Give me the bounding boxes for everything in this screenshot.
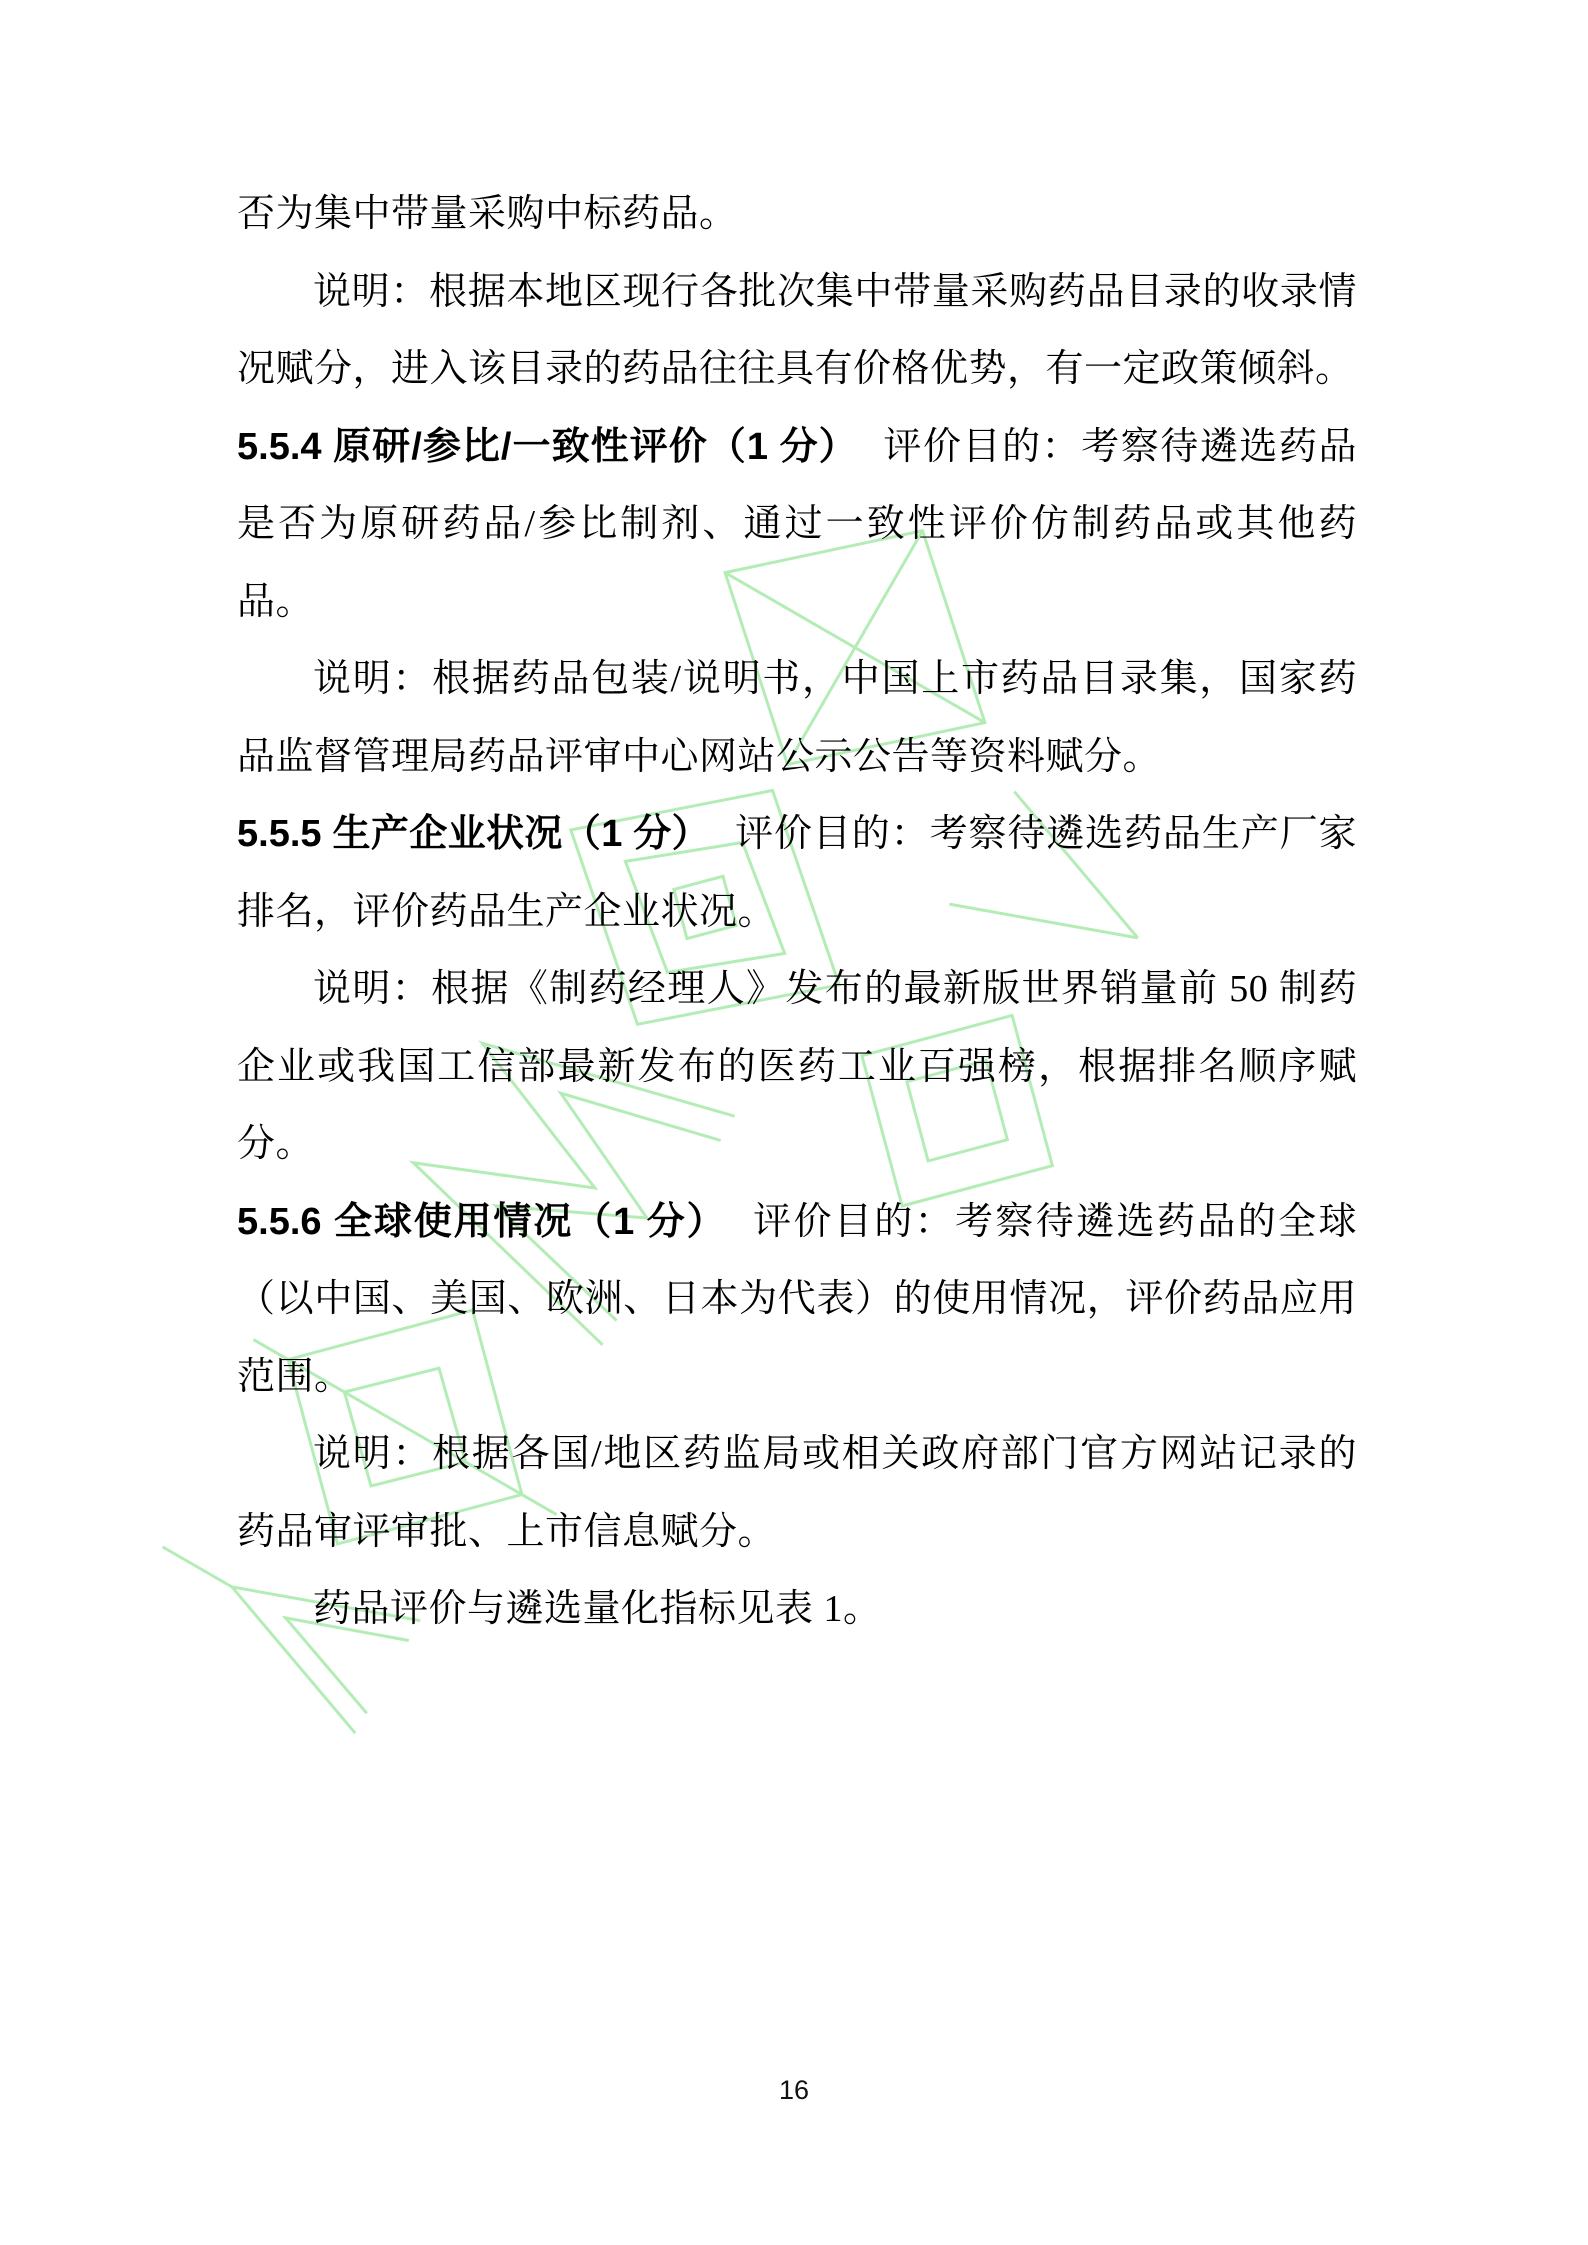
- document-page: 否为集中带量采购中标药品。 说明：根据本地区现行各批次集中带量采购药品目录的收录…: [0, 0, 1588, 2245]
- section-5-5-4-heading: 5.5.4 原研/参比/一致性评价（1 分）: [237, 426, 858, 468]
- section-5-5-6-paragraph: 5.5.6 全球使用情况（1 分）评价目的：考察待遴选药品的全球（以中国、美国、…: [237, 1184, 1357, 1417]
- section-5-5-6-heading: 5.5.6 全球使用情况（1 分）: [237, 1201, 727, 1243]
- document-body: 否为集中带量采购中标药品。 说明：根据本地区现行各批次集中带量采购药品目录的收录…: [237, 176, 1357, 1649]
- paragraph-note: 说明：根据各国/地区药监局或相关政府部门官方网站记录的药品审评审批、上市信息赋分…: [237, 1416, 1357, 1571]
- paragraph-continuation: 否为集中带量采购中标药品。: [237, 176, 1357, 254]
- page-number: 16: [0, 2075, 1588, 2106]
- section-5-5-5-heading: 5.5.5 生产企业状况（1 分）: [237, 813, 710, 855]
- section-5-5-5-paragraph: 5.5.5 生产企业状况（1 分）评价目的：考察待遴选药品生产厂家排名，评价药品…: [237, 796, 1357, 951]
- paragraph-note: 说明：根据药品包装/说明书，中国上市药品目录集，国家药品监督管理局药品评审中心网…: [237, 641, 1357, 796]
- paragraph-table-reference: 药品评价与遴选量化指标见表 1。: [237, 1571, 1357, 1649]
- paragraph-note: 说明：根据《制药经理人》发布的最新版世界销量前 50 制药企业或我国工信部最新发…: [237, 951, 1357, 1184]
- paragraph-note: 说明：根据本地区现行各批次集中带量采购药品目录的收录情况赋分，进入该目录的药品往…: [237, 254, 1357, 409]
- section-5-5-4-paragraph: 5.5.4 原研/参比/一致性评价（1 分）评价目的：考察待遴选药品是否为原研药…: [237, 409, 1357, 642]
